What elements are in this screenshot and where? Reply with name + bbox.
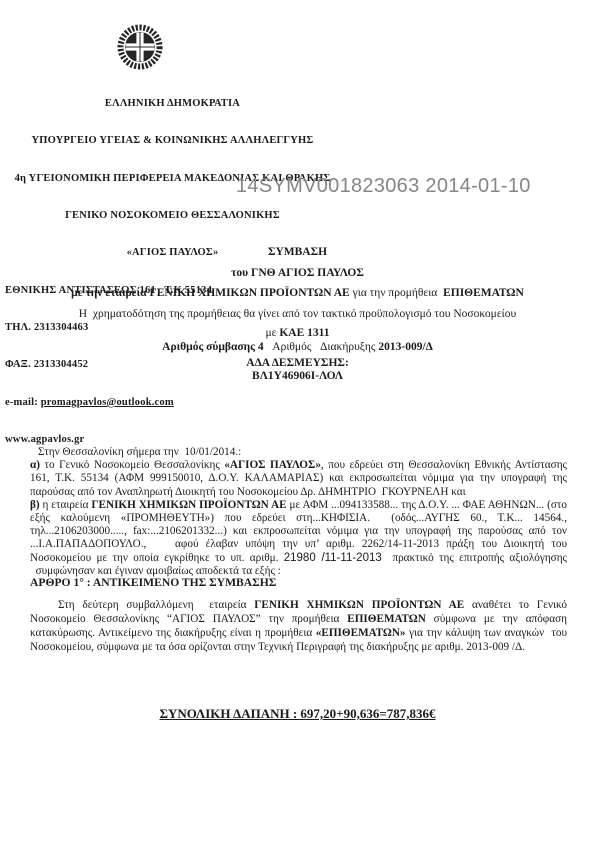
article1-heading: ΑΡΘΡΟ 1° : ΑΝΤΙΚΕΙΜΕΝΟ ΤΗΣ ΣΥΜΒΑΣΗΣ xyxy=(30,576,276,589)
text-segment: Αριθμός Διακήρυξης xyxy=(264,341,379,353)
text-segment: ΕΠΙΘΕΜΑΤΩΝ xyxy=(443,287,524,299)
greek-coat-of-arms-icon xyxy=(117,24,163,70)
letterhead-ministry-line: ΥΠΟΥΡΓΕΙΟ ΥΓΕΙΑΣ & ΚΟΙΝΩΝΙΚΗΣ ΑΛΛΗΛΕΓΓΥΗ… xyxy=(0,135,345,147)
text-segment: 2013-009/Δ xyxy=(378,341,433,353)
letterhead-email-line: e-mail: promagpavlos@outlook.com xyxy=(0,397,345,409)
contract-funding-line: Η χρηματοδότηση της προμήθειας θα γίνει … xyxy=(0,308,595,320)
party-b-paragraph: β) η εταιρεία ΓΕΝΙΚΗ ΧΗΜΙΚΩΝ ΠΡΟΪΟΝΤΩΝ Α… xyxy=(30,499,567,578)
text-segment: Στη δεύτερη συμβαλλόμενη εταιρεία xyxy=(58,599,254,611)
letterhead-website-line: www.agpavlos.gr xyxy=(0,434,345,446)
text-segment: α) xyxy=(30,459,40,471)
letterhead-hospital-line: ΓΕΝΙΚΟ ΝΟΣΟΚΟΜΕΙΟ ΘΕΣΣΑΛΟΝΙΚΗΣ xyxy=(0,210,345,222)
text-segment: ΕΠΙΘΕΜΑΤΩΝ xyxy=(347,613,426,625)
total-cost-text: ΣΥΝΟΛΙΚΗ ΔΑΠΑΝΗ : 697,20+90,636=787,836€ xyxy=(159,706,435,721)
total-cost-line: ΣΥΝΟΛΙΚΗ ΔΑΠΑΝΗ : 697,20+90,636=787,836€ xyxy=(0,706,595,722)
intro-line: Στην Θεσσαλονίκη σήμερα την 10/01/2014.: xyxy=(38,446,567,459)
text-segment: «ΑΓΙΟΣ ΠΑΥΛΟΣ» xyxy=(224,459,321,471)
article1-paragraph: Στη δεύτερη συμβαλλόμενη εταιρεία ΓΕΝΙΚΗ… xyxy=(30,599,567,655)
ada-label: ΑΔΑ ΔΕΣΜΕΥΣΗΣ: xyxy=(0,357,595,369)
text-segment: για την προμήθεια xyxy=(350,287,443,299)
ada-value: ΒΛ1Υ46906Ι-ΛΟΛ xyxy=(0,370,595,382)
text-segment: το Γενικό Νοσοκομείο Θεσσαλονίκης xyxy=(40,459,224,471)
contract-numbers-line: Αριθμός σύμβασης 4 Αριθμός Διακήρυξης 20… xyxy=(0,341,595,353)
text-segment: «ΕΠΙΘΕΜΑΤΩΝ» xyxy=(316,627,406,639)
text-segment: ΓΕΝΙΚΗ ΧΗΜΙΚΩΝ ΠΡΟΪΟΝΤΩΝ ΑΕ xyxy=(254,599,464,611)
registry-watermark: 14SYMV001823063 2014-01-10 xyxy=(236,175,531,198)
contract-kae-line: με ΚΑΕ 1311 xyxy=(0,327,595,339)
text-segment: ΓΕΝΙΚΗ ΧΗΜΙΚΩΝ ΠΡΟΪΟΝΤΩΝ ΑΕ xyxy=(91,499,286,511)
letterhead-republic-line: ΕΛΛΗΝΙΚΗ ΔΗΜΟΚΡΑΤΙΑ xyxy=(0,98,345,110)
text-segment: 21980 /11-11-2013 xyxy=(284,552,382,564)
text-segment: Αριθμός σύμβασης 4 xyxy=(162,341,264,353)
text-segment: ΚΑΕ 1311 xyxy=(279,327,329,339)
email-label: e-mail: xyxy=(5,397,41,408)
contract-parties-section: Στην Θεσσαλονίκη σήμερα την 10/01/2014.:… xyxy=(30,446,567,578)
party-a-paragraph: α) το Γενικό Νοσοκομείο Θεσσαλονίκης «ΑΓ… xyxy=(30,459,567,499)
text-segment: η εταιρεία xyxy=(40,499,92,511)
contract-subtitle-hospital: του ΓΝΘ ΑΓΙΟΣ ΠΑΥΛΟΣ xyxy=(0,267,595,279)
document-page: ΕΛΛΗΝΙΚΗ ΔΗΜΟΚΡΑΤΙΑ ΥΠΟΥΡΓΕΙΟ ΥΓΕΙΑΣ & Κ… xyxy=(0,0,595,842)
contract-title: ΣΥΜΒΑΣΗ xyxy=(0,246,595,258)
contract-subtitle-company: με την εταιρεία ΓΕΝΙΚΗ ΧΗΜΙΚΩΝ ΠΡΟΪΟΝΤΩΝ… xyxy=(0,287,595,299)
text-segment: με την εταιρεία ΓΕΝΙΚΗ ΧΗΜΙΚΩΝ ΠΡΟΪΟΝΤΩΝ… xyxy=(71,287,350,299)
text-segment: β) xyxy=(30,499,40,511)
email-link[interactable]: promagpavlos@outlook.com xyxy=(41,397,174,408)
text-segment: με xyxy=(265,327,279,339)
